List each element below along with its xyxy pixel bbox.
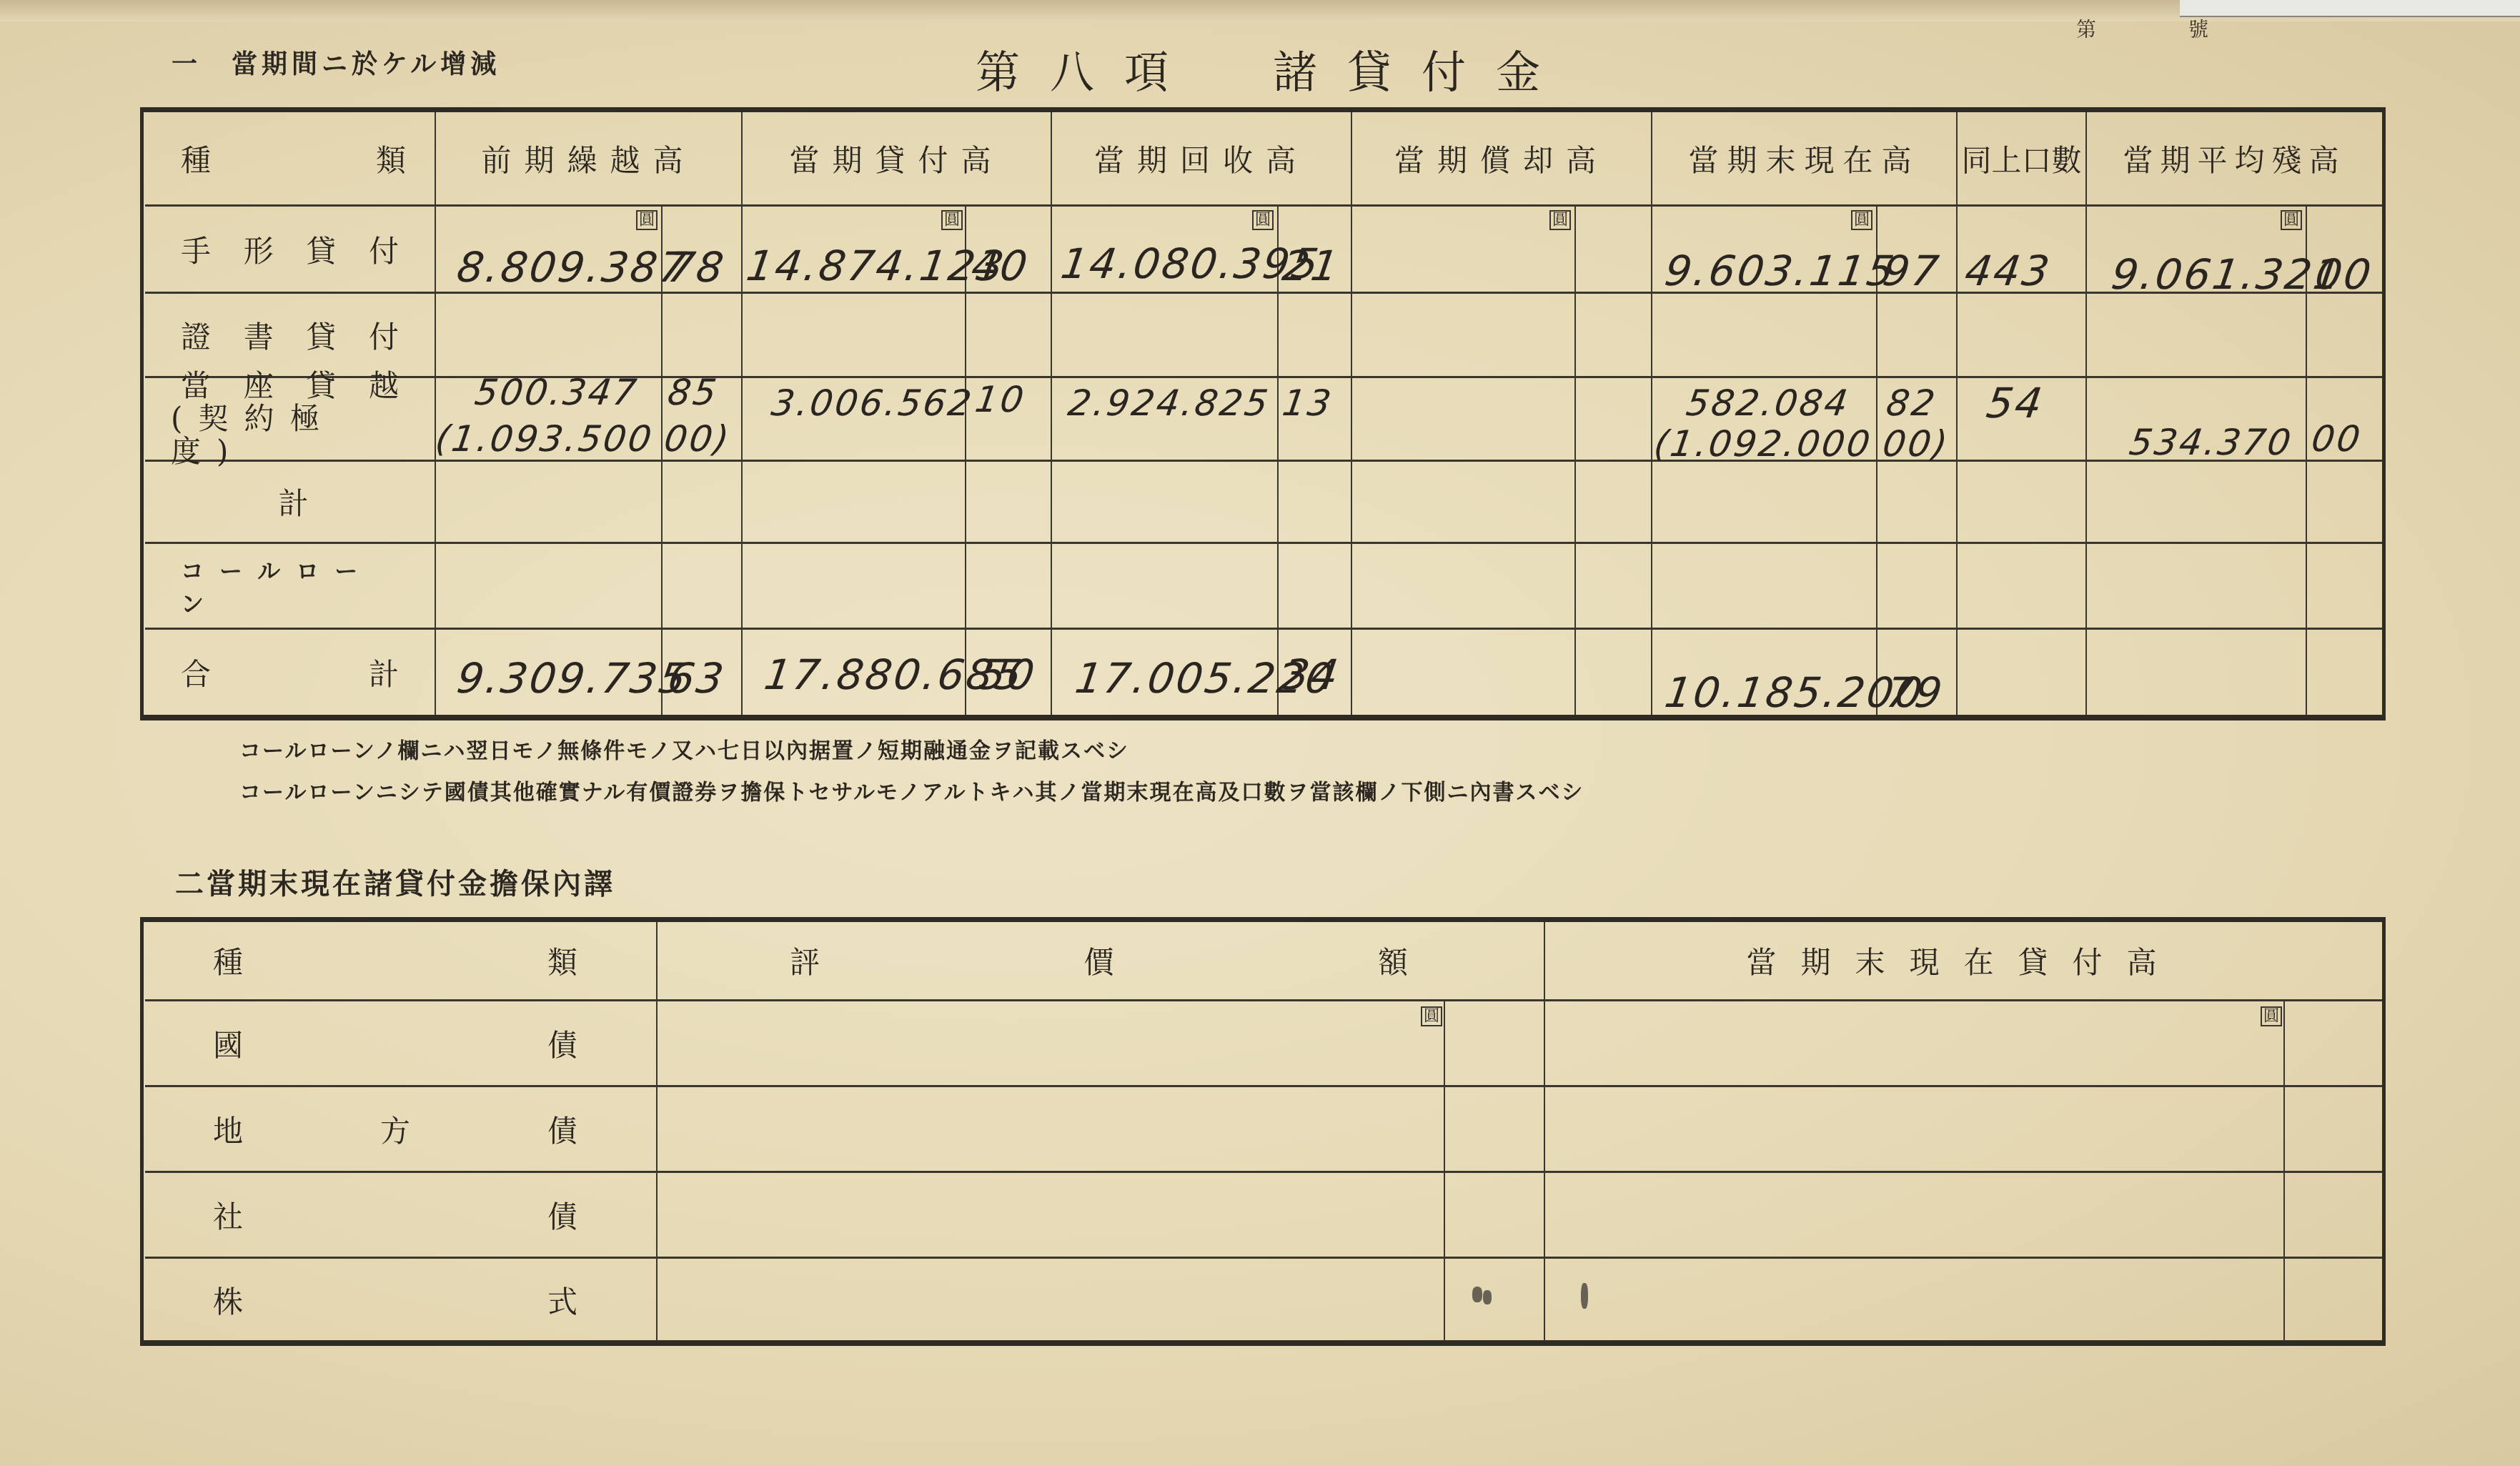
- yen-unit-mark: 圓: [1851, 210, 1872, 230]
- row-label-local-bonds: 地 方 債: [145, 1087, 656, 1171]
- label-char: 計: [369, 651, 399, 694]
- overdraft-prev-balance-sen: 85: [665, 372, 721, 413]
- header-text: 類: [376, 137, 406, 180]
- label-char: 付: [369, 314, 399, 357]
- label-char: 債: [547, 1108, 577, 1151]
- row-label-call-loan: コールローン: [145, 544, 435, 628]
- overdraft-end-balance-yen: 582.084: [1684, 382, 1852, 424]
- row-label-bill-loans: 手 形 貸 付: [145, 207, 435, 292]
- header-avg-balance: 當期平均殘高: [2087, 112, 2382, 204]
- label-char: 書: [244, 314, 274, 357]
- overdraft-prev-limit-sen: 00): [662, 418, 733, 460]
- bill-loaned-sen: 40: [968, 242, 1032, 290]
- label-char: 債: [547, 1194, 577, 1237]
- bill-end-balance-yen: 9.603.115: [1662, 247, 1899, 295]
- row-label-deed-loans: 證 書 貸 付: [145, 294, 435, 376]
- bill-recovered-sen: 21: [1279, 242, 1343, 290]
- overdraft-recovered-yen: 2.924.825: [1066, 382, 1273, 424]
- header-end-loans: 當期末現在貸付高: [1545, 922, 2382, 999]
- yen-unit-mark: 圓: [636, 210, 658, 230]
- row-divider: [145, 542, 2382, 544]
- yen-unit-mark: 圓: [941, 210, 963, 230]
- header-prev-balance: 前期繰越高: [436, 112, 741, 204]
- header-written-off: 當期償却高: [1352, 112, 1651, 204]
- header-category: 種 類: [145, 922, 656, 999]
- row-label-corporate-bonds: 社 債: [145, 1173, 656, 1257]
- row-label-grand-total: 合 計: [145, 630, 435, 715]
- label-char: 付: [369, 228, 399, 271]
- note-1: コールローンノ欄ニハ翌日モノ無條件モノ又ハ七日以內据置ノ短期融通金ヲ記載スベシ: [239, 733, 1129, 764]
- header-valuation: 評 價 額: [658, 922, 1544, 999]
- ink-smudge: [1472, 1287, 1482, 1302]
- header-text: 種: [213, 939, 243, 982]
- total-end-balance-sen: 79: [1883, 668, 1947, 717]
- bill-count: 443: [1962, 247, 2054, 295]
- label-char: 計: [278, 480, 308, 523]
- total-recovered-sen: 34: [1279, 650, 1343, 699]
- ink-smudge: [1581, 1283, 1588, 1309]
- section-2-heading: 二當期末現在諸貸付金擔保內譯: [175, 861, 615, 902]
- header-end-balance: 當期末現在高: [1652, 112, 1956, 204]
- overdraft-loaned-sen: 10: [973, 379, 1028, 420]
- ink-smudge: [1483, 1290, 1492, 1304]
- bill-prev-balance-yen: 8.809.387: [454, 243, 691, 292]
- yen-unit-mark: 圓: [2281, 210, 2302, 230]
- row-divider: [145, 460, 2382, 462]
- row-label-subtotal: 計: [145, 462, 435, 542]
- total-prev-balance-yen: 9.309.735: [454, 654, 691, 703]
- page-title: 第八項 諸貸付金: [976, 37, 1570, 101]
- overdraft-end-limit-yen: (1.092.000: [1652, 423, 1875, 465]
- label-char: 社: [213, 1194, 243, 1237]
- label-text: コールローン: [181, 553, 406, 619]
- row-label-overdrafts: 當 座 貸 越 (契約極度): [145, 378, 435, 460]
- header-count: 同上口數: [1958, 112, 2085, 204]
- overdraft-label-line: 當 座 貸 越: [181, 370, 399, 402]
- label-char: 形: [244, 228, 274, 271]
- overdraft-loaned-yen: 3.006.562: [769, 382, 976, 424]
- corner-number-mark: 第 號: [2076, 14, 2251, 43]
- total-prev-balance-sen: 63: [665, 654, 728, 703]
- label-char: 方: [380, 1108, 410, 1151]
- header-category: 種 類: [145, 112, 435, 204]
- label-char: 株: [213, 1279, 243, 1322]
- overdraft-end-balance-sen: 82: [1884, 382, 1940, 424]
- row-label-government-bonds: 國 債: [145, 1001, 656, 1085]
- header-recovered: 當期回收高: [1052, 112, 1351, 204]
- label-char: 國: [213, 1022, 243, 1065]
- bill-prev-balance-sen: 78: [665, 243, 728, 292]
- section-1-heading: 一 當期間ニ於ケル增減: [172, 44, 500, 81]
- overdraft-avg-balance-yen: 534.370: [2127, 422, 2296, 463]
- bill-avg-balance-yen: 9.061.321: [2108, 250, 2346, 299]
- note-2: コールローンニシテ國債其他確實ナル有價證券ヲ擔保トセサルモノアルトキハ其ノ當期末…: [239, 774, 1584, 806]
- overdraft-end-limit-sen: 00): [1880, 423, 1952, 465]
- label-char: 債: [547, 1022, 577, 1065]
- total-loaned-sen: 50: [976, 650, 1039, 699]
- bill-avg-balance-sen: 00: [2312, 250, 2376, 299]
- label-char: 貸: [306, 228, 336, 271]
- overdraft-avg-balance-sen: 00: [2309, 418, 2365, 460]
- label-char: 地: [213, 1108, 243, 1151]
- label-char: 貸: [306, 314, 336, 357]
- contract-limit-label: (契約極度): [171, 402, 399, 468]
- header-text: 種: [181, 137, 211, 180]
- label-char: 合: [181, 651, 211, 694]
- row-divider: [145, 204, 2382, 207]
- overdraft-prev-balance-yen: 500.347: [472, 372, 641, 413]
- overdraft-recovered-sen: 13: [1280, 382, 1336, 424]
- label-char: 越: [369, 370, 399, 402]
- overdraft-count: 54: [1983, 379, 2047, 427]
- label-char: 當: [181, 370, 211, 402]
- header-text: 價: [1083, 939, 1113, 982]
- label-char: 貸: [306, 370, 336, 402]
- row-label-stocks: 株 式: [145, 1259, 656, 1341]
- bill-end-balance-sen: 97: [1880, 247, 1943, 295]
- row-divider: [145, 628, 2382, 630]
- yen-unit-mark: 圓: [2261, 1006, 2282, 1026]
- yen-unit-mark: 圓: [1549, 210, 1571, 230]
- overdraft-prev-limit-yen: (1.093.500: [433, 418, 656, 460]
- label-char: 證: [181, 314, 211, 357]
- header-text: 評: [790, 939, 820, 982]
- yen-unit-mark: 圓: [1252, 210, 1274, 230]
- yen-unit-mark: 圓: [1421, 1006, 1442, 1026]
- header-text: 額: [1378, 939, 1408, 982]
- label-char: 座: [244, 370, 274, 402]
- label-char: 手: [181, 228, 211, 271]
- header-text: 類: [547, 939, 577, 982]
- header-loaned: 當期貸付高: [743, 112, 1051, 204]
- label-char: 式: [547, 1279, 577, 1322]
